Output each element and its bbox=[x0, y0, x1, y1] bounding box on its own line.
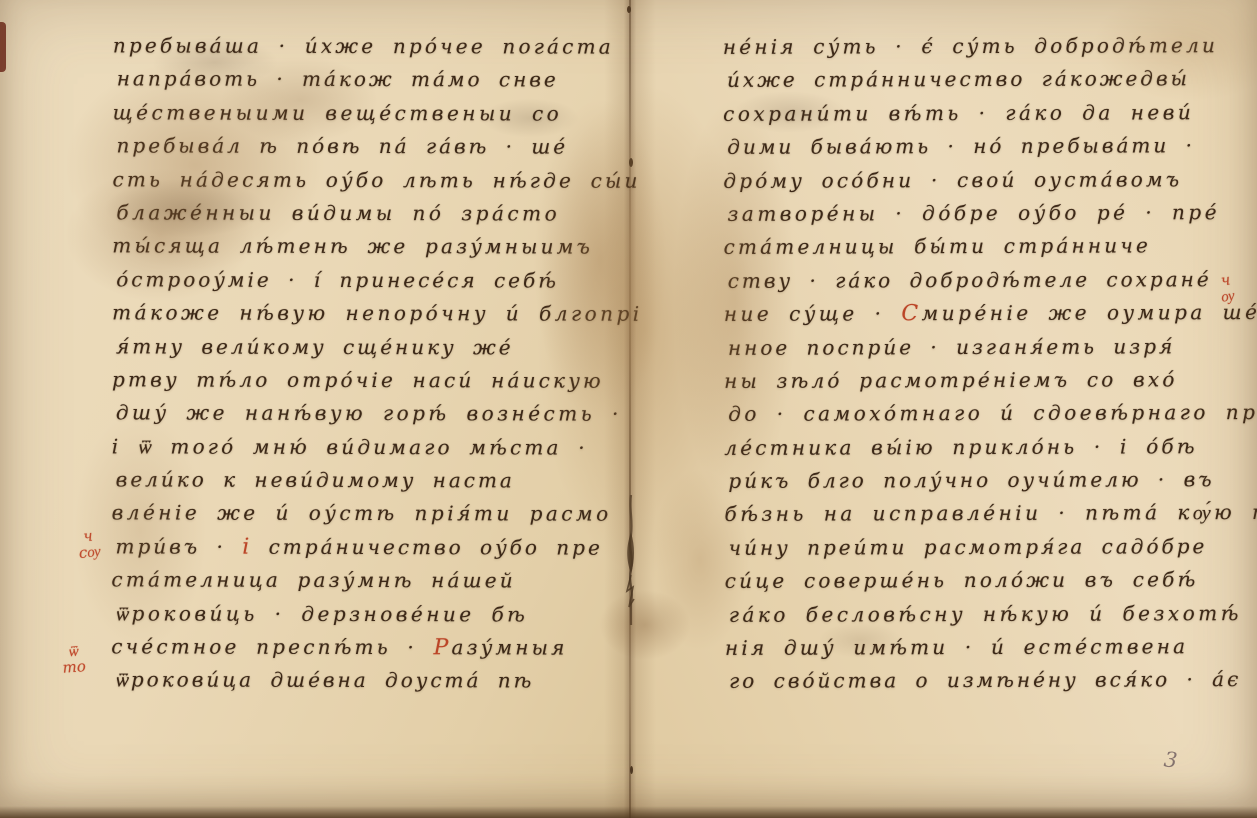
margin-note-line: ѹ bbox=[1220, 287, 1235, 305]
margin-note-red-left-lower: ѿ то bbox=[61, 642, 86, 676]
folio-number: 3 bbox=[1163, 747, 1179, 772]
text-segment: не́нія су́ть · є́ су́ть добродѣ́тели bbox=[723, 33, 1218, 59]
text-segment: мире́ніе же оумира ше́ bbox=[922, 300, 1257, 325]
manuscript-text-right: не́нія су́ть · є́ су́ть добродѣ́телии́хж… bbox=[723, 29, 1225, 699]
cover-edge-mark bbox=[0, 22, 6, 72]
text-segment: до · самохо́тнаго и́ сдоевѣ́рнаго пре bbox=[728, 400, 1257, 426]
text-line: пребыва́ша · и́хже про́чее пога́ста bbox=[113, 29, 613, 64]
text-line: напра́воть · та́кож та́мо снве bbox=[113, 63, 613, 98]
text-segment: ты́сяща лѣ́тенѣ же разу́мныимъ bbox=[112, 234, 593, 259]
text-line: та́коже нѣ́вую непоро́чну и́ блгопрі bbox=[112, 296, 612, 331]
text-segment: та́коже нѣ́вую непоро́чну и́ блгопрі bbox=[112, 300, 643, 325]
text-line: ртву тѣ́ло отро́чіе наси́ на́искую bbox=[112, 363, 612, 398]
text-line: нія дшу́ имѣ́ти · и́ есте́ствена bbox=[725, 630, 1225, 665]
text-segment: ѿрокови́ца дше́вна доуста́ пѣ bbox=[115, 668, 534, 693]
text-line: вле́ніе же и́ оу́стѣ прія́ти расмо bbox=[112, 497, 612, 532]
text-segment: дими быва́ють · но́ пребыва́ти · bbox=[727, 133, 1195, 159]
margin-note-line: сѹ bbox=[78, 543, 101, 561]
text-line: сче́стное преспѣ́ть · Разу́мныя bbox=[111, 630, 611, 665]
text-line: си́це соверше́нь поло́жи въ себѣ́ bbox=[725, 563, 1225, 598]
margin-note-red-left-upper: ч сѹ bbox=[76, 527, 101, 561]
text-line: и́хже стра́нничество га́кожедвы́ bbox=[723, 63, 1223, 98]
text-segment: азу́мныя bbox=[451, 635, 567, 659]
text-line: го сво́йства о измѣне́ну вся́ко · а́є bbox=[725, 664, 1225, 699]
text-segment: ртву тѣ́ло отро́чіе наси́ на́искую bbox=[112, 367, 604, 392]
text-line: не́нія су́ть · є́ су́ть добродѣ́тели bbox=[723, 29, 1223, 64]
text-segment: затворе́ны · до́бре оу́бо ре́ · пре́ bbox=[727, 200, 1220, 226]
text-line: о́строоу́міе · і́ принесе́ся себѣ́ bbox=[112, 263, 612, 298]
text-line: нное поспри́е · изганя́еть изря́ bbox=[724, 330, 1224, 365]
text-segment: ние су́ще · bbox=[724, 301, 902, 326]
text-line: ны зѣло́ расмотре́ніемъ со вхо́ bbox=[724, 363, 1224, 398]
text-segment: сть на́десять оу́бо лѣть нѣ́где сы́и bbox=[112, 167, 640, 192]
text-line: сть на́десять оу́бо лѣть нѣ́где сы́и bbox=[112, 163, 612, 198]
text-segment: сче́стное преспѣ́ть · bbox=[111, 634, 433, 659]
text-segment: блаже́нныи ви́димы по́ зра́сто bbox=[116, 200, 560, 225]
text-segment: сохрани́ти вѣ́ть · га́ко да неви́ bbox=[723, 100, 1194, 126]
text-line: ству · га́ко добродѣ́теле сохране́ bbox=[724, 263, 1224, 298]
text-line: ты́сяща лѣ́тенѣ же разу́мныимъ bbox=[112, 230, 612, 265]
text-line: ри́къ блго полу́чно оучи́телю · въ bbox=[724, 463, 1224, 498]
text-line: сохрани́ти вѣ́ть · га́ко да неви́ bbox=[723, 96, 1223, 131]
text-line: вели́ко к неви́димому наста bbox=[112, 463, 612, 498]
text-segment: вле́ніе же и́ оу́стѣ прія́ти расмо bbox=[112, 501, 612, 526]
text-segment: ле́стника вы́ію прикло́нь · і о́бѣ bbox=[724, 434, 1197, 460]
text-line: я́тну вели́кому сще́нику же́ bbox=[112, 330, 612, 365]
text-segment: го сво́йства о измѣне́ну вся́ко · а́є bbox=[729, 667, 1241, 693]
text-segment: пребыва́л ѣ по́вѣ па́ га́вѣ · ше́ bbox=[117, 134, 569, 159]
rubric-initial: Р bbox=[433, 635, 451, 660]
rubric-initial: і bbox=[242, 535, 252, 560]
text-segment: вели́ко к неви́димому наста bbox=[116, 467, 515, 492]
text-line: пребыва́л ѣ по́вѣ па́ га́вѣ · ше́ bbox=[113, 130, 613, 165]
text-segment: си́це соверше́нь поло́жи въ себѣ́ bbox=[725, 567, 1199, 593]
text-segment: ри́къ блго полу́чно оучи́телю · въ bbox=[728, 467, 1214, 493]
text-segment: ста́телницы бы́ти стра́нниче bbox=[724, 234, 1151, 259]
text-segment: га́ко бесловѣ́сну нѣ́кую и́ безхотѣ́ bbox=[729, 601, 1242, 627]
text-line: га́ко бесловѣ́сну нѣ́кую и́ безхотѣ́ bbox=[725, 597, 1225, 632]
text-line: дро́му осо́бни · свои́ оуста́вомъ bbox=[723, 163, 1223, 198]
text-line: дшу́ же нанѣ́вую горѣ́ возне́сть · bbox=[112, 397, 612, 432]
text-line: ѿрокови́ць · дерзнове́ние бѣ bbox=[111, 597, 611, 632]
text-segment: о́строоу́міе · і́ принесе́ся себѣ́ bbox=[116, 267, 559, 292]
text-segment: бѣ́знь на исправле́ніи · пѣта́ кѹ́ю пѹ́ bbox=[724, 500, 1257, 526]
text-line: бѣ́знь на исправле́ніи · пѣта́ кѹ́ю пѹ́ bbox=[724, 497, 1224, 532]
text-segment: нное поспри́е · изганя́еть изря́ bbox=[728, 334, 1175, 360]
text-segment: ны зѣло́ расмотре́ніемъ со вхо́ bbox=[724, 367, 1178, 393]
text-segment: нія дшу́ имѣ́ти · и́ есте́ствена bbox=[725, 634, 1188, 660]
text-segment: ще́ственыими веще́ственыи со bbox=[113, 100, 563, 125]
text-line: ние су́ще · Смире́ніе же оумира ше́ bbox=[724, 296, 1224, 331]
manuscript-text-left: пребыва́ша · и́хже про́чее пога́станапра… bbox=[111, 29, 613, 698]
text-segment: дшу́ же нанѣ́вую горѣ́ возне́сть · bbox=[116, 401, 622, 426]
text-segment: пребыва́ша · и́хже про́чее пога́ста bbox=[113, 33, 614, 58]
text-line: дими быва́ють · но́ пребыва́ти · bbox=[723, 129, 1223, 164]
text-line: чи́ну преи́ти расмотря́га садо́бре bbox=[725, 530, 1225, 565]
text-segment: і ѿ того́ мню́ ви́димаго мѣ́ста · bbox=[112, 434, 588, 459]
text-segment: дро́му осо́бни · свои́ оуста́вомъ bbox=[723, 167, 1182, 193]
text-segment: стра́ничество оу́бо пре bbox=[252, 535, 603, 560]
text-line: ѿрокови́ца дше́вна доуста́ пѣ bbox=[111, 664, 611, 699]
text-line: затворе́ны · до́бре оу́бо ре́ · пре́ bbox=[723, 196, 1223, 231]
rubric-initial: С bbox=[901, 301, 921, 326]
text-line: і ѿ того́ мню́ ви́димаго мѣ́ста · bbox=[112, 430, 612, 465]
text-segment: ѿрокови́ць · дерзнове́ние бѣ bbox=[115, 601, 528, 626]
text-line: до · самохо́тнаго и́ сдоевѣ́рнаго пре bbox=[724, 396, 1224, 431]
text-segment: три́въ · bbox=[115, 534, 242, 558]
text-line: ще́ственыими веще́ственыи со bbox=[113, 96, 613, 131]
margin-note-line: то bbox=[62, 658, 86, 676]
text-segment: ству · га́ко добродѣ́теле сохране́ bbox=[728, 267, 1212, 293]
manuscript-photo: пребыва́ша · и́хже про́чее пога́станапра… bbox=[0, 0, 1257, 818]
text-segment: ста́телница разу́мнѣ на́шей bbox=[111, 568, 516, 593]
text-line: ле́стника вы́ію прикло́нь · і о́бѣ bbox=[724, 430, 1224, 465]
text-line: ста́телница разу́мнѣ на́шей bbox=[111, 564, 611, 599]
text-segment: я́тну вели́кому сще́нику же́ bbox=[116, 334, 514, 359]
text-line: ста́телницы бы́ти стра́нниче bbox=[724, 229, 1224, 264]
text-line: три́въ · і стра́ничество оу́бо пре bbox=[111, 530, 611, 565]
text-segment: напра́воть · та́кож та́мо снве bbox=[117, 67, 559, 92]
text-line: блаже́нныи ви́димы по́ зра́сто bbox=[112, 196, 612, 231]
text-segment: чи́ну преи́ти расмотря́га садо́бре bbox=[729, 534, 1208, 560]
text-segment: и́хже стра́нничество га́кожедвы́ bbox=[727, 67, 1190, 93]
